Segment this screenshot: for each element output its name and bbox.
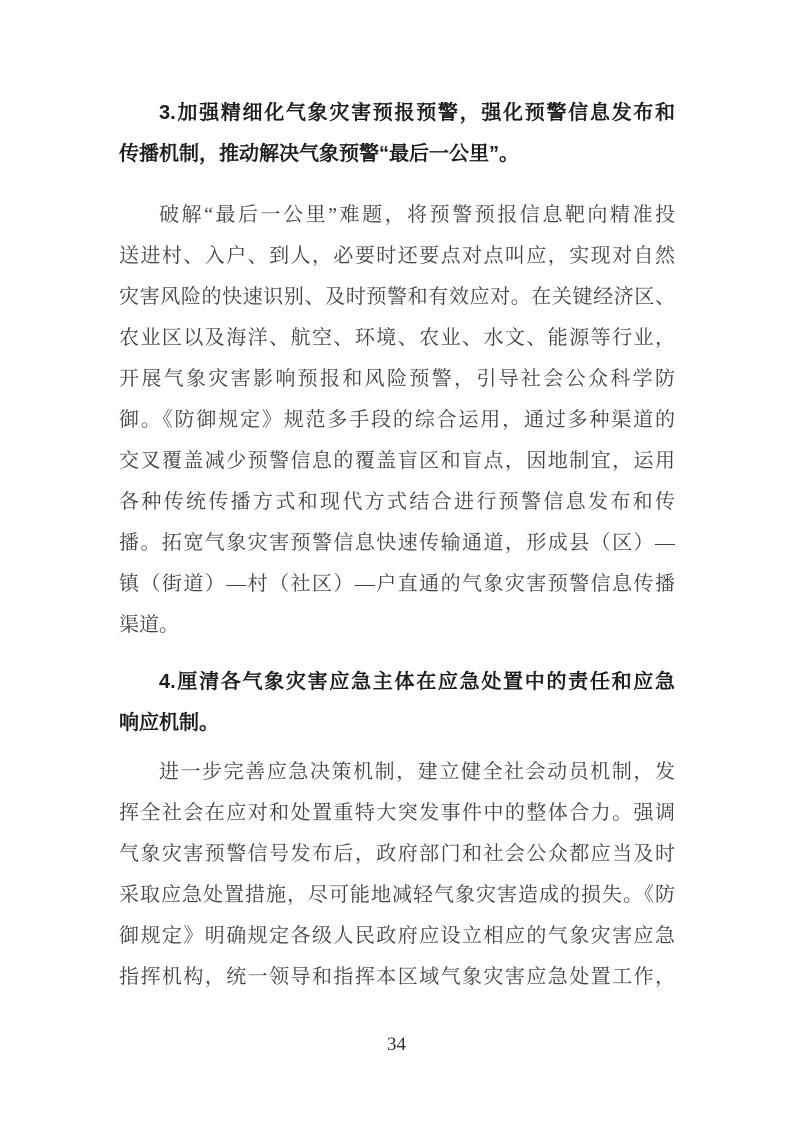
text-line: 3.加强精细化气象灾害预报预警，强化预警信息发布和 <box>119 93 675 134</box>
text-line: 渠道。 <box>119 605 675 646</box>
page-number: 34 <box>0 1034 793 1056</box>
text-line: 采取应急处置措施，尽可能地减轻气象灾害造成的损失。《防 <box>119 875 675 916</box>
document-page: 3.加强精细化气象灾害预报预警，强化预警信息发布和传播机制，推动解决气象预警“最… <box>0 0 793 1122</box>
text-line: 挥全社会在应对和处置重特大突发事件中的整体合力。强调 <box>119 793 675 834</box>
text-line: 开展气象灾害影响预报和风险预警，引导社会公众科学防 <box>119 359 675 400</box>
text-line: 送进村、入户、到人，必要时还要点对点叫应，实现对自然 <box>119 236 675 277</box>
text-line: 指挥机构，统一领导和指挥本区域气象灾害应急处置工作， <box>119 957 675 998</box>
document-content: 3.加强精细化气象灾害预报预警，强化预警信息发布和传播机制，推动解决气象预警“最… <box>119 93 675 998</box>
section-4-paragraph: 进一步完善应急决策机制，建立健全社会动员机制，发挥全社会在应对和处置重特大突发事… <box>119 752 675 998</box>
text-line: 破解“最后一公里”难题，将预警预报信息靶向精准投 <box>119 195 675 236</box>
text-line: 御。《防御规定》规范多手段的综合运用，通过多种渠道的 <box>119 400 675 441</box>
text-line: 播。拓宽气象灾害预警信息快速传输通道，形成县（区）— <box>119 523 675 564</box>
text-line: 响应机制。 <box>119 703 675 744</box>
text-line: 进一步完善应急决策机制，建立健全社会动员机制，发 <box>119 752 675 793</box>
text-line: 灾害风险的快速识别、及时预警和有效应对。在关键经济区、 <box>119 277 675 318</box>
text-line: 4.厘清各气象灾害应急主体在应急处置中的责任和应急 <box>119 662 675 703</box>
text-line: 交叉覆盖减少预警信息的覆盖盲区和盲点，因地制宜，运用 <box>119 441 675 482</box>
text-line: 气象灾害预警信号发布后，政府部门和社会公众都应当及时 <box>119 834 675 875</box>
section-3-heading: 3.加强精细化气象灾害预报预警，强化预警信息发布和传播机制，推动解决气象预警“最… <box>119 93 675 175</box>
section-4-heading: 4.厘清各气象灾害应急主体在应急处置中的责任和应急响应机制。 <box>119 662 675 744</box>
text-line: 农业区以及海洋、航空、环境、农业、水文、能源等行业， <box>119 318 675 359</box>
text-line: 镇（街道）—村（社区）—户直通的气象灾害预警信息传播 <box>119 564 675 605</box>
text-line: 御规定》明确规定各级人民政府应设立相应的气象灾害应急 <box>119 916 675 957</box>
section-3-paragraph: 破解“最后一公里”难题，将预警预报信息靶向精准投送进村、入户、到人，必要时还要点… <box>119 195 675 646</box>
text-line: 各种传统传播方式和现代方式结合进行预警信息发布和传 <box>119 482 675 523</box>
text-line: 传播机制，推动解决气象预警“最后一公里”。 <box>119 134 675 175</box>
